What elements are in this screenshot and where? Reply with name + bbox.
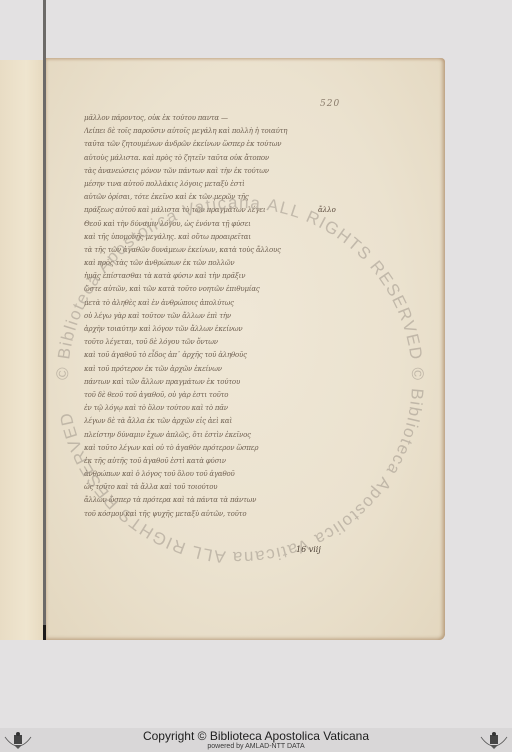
- powered-by-text: powered by AMLAD-NTT DATA: [0, 743, 512, 751]
- manuscript-line: λέγων δὲ τὰ ἄλλα ἐκ τῶν ἀρχῶν εἰς ἀεὶ κα…: [84, 415, 310, 428]
- manuscript-line: πάντων καὶ τῶν ἄλλων πραγμάτων ἐκ τούτου: [84, 376, 310, 389]
- manuscript-line: ἡμᾶς ἐπίστασθαι τὰ κατὰ φύσιν καὶ τὴν πρ…: [84, 270, 310, 283]
- catchword-note: 16 viij: [296, 545, 321, 554]
- margin-annotation: ἄλλο: [318, 206, 336, 214]
- manuscript-line: ὥστε αὐτῶν, καὶ τῶν κατὰ τοῦτο νοητῶν ἐπ…: [84, 283, 310, 296]
- manuscript-line: μέσην τινα αὐτοῦ πολλάκις λόγοις μεταξὺ …: [84, 178, 310, 191]
- manuscript-line: καὶ τοῦ ἀγαθοῦ τὸ εἶδος ἀπ᾽ ἀρχῆς τοῦ ἀλ…: [84, 349, 310, 362]
- manuscript-line: πλείστην δύναμιν ἔχων ἁπλῶς, ὅτι ἐστὶν ἐ…: [84, 429, 310, 442]
- manuscript-line: τὰ τῆς τῶν ἀγαθῶν δυνάμεων ἐκείνων, κατὰ…: [84, 244, 310, 257]
- manuscript-line: ὡς τοῦτο καὶ τὰ ἄλλα καὶ τοῦ τοιούτου: [84, 481, 310, 494]
- image-viewer[interactable]: 520 μᾶλλον πάροντος, οὐκ ἐκ τούτου παντα…: [0, 0, 512, 728]
- manuscript-line: ἀρχὴν τοιαύτην καὶ λόγον τῶν ἄλλων ἐκείν…: [84, 323, 310, 336]
- manuscript-line: καὶ τοῦτο λέγων καὶ οὐ τὸ ἀγαθὸν πρότερο…: [84, 442, 310, 455]
- manuscript-line: ἀνθρώπων καὶ ὁ λόγος τοῦ ὅλου τοῦ ἀγαθοῦ: [84, 468, 310, 481]
- manuscript-line: μετὰ τὸ ἀληθὲς καὶ ἐν ἀνθρώποις ἀπολύτως: [84, 297, 310, 310]
- manuscript-line: καὶ πρὸς τὰς τῶν ἀνθρώπων ἐκ τῶν πολλῶν: [84, 257, 310, 270]
- vatican-coat-of-arms-icon: [478, 731, 510, 751]
- manuscript-line: πράξεως αὐτοῦ καὶ μάλιστα τὸ τῶν πραγμάτ…: [84, 204, 310, 217]
- manuscript-line: αὐτοὺς μάλιστα. καὶ πρὸς τὸ ζητεῖν ταῦτα…: [84, 152, 310, 165]
- manuscript-line: Θεοῦ καὶ τὴν δύναμιν λόγου, ὡς ἐνόντα τῇ…: [84, 218, 310, 231]
- manuscript-line: Λείπει δὲ τοῖς παροῦσιν αὐτοῖς μεγάλη κα…: [84, 125, 310, 138]
- manuscript-line: καὶ τῆς ὑπομονῆς μεγάλης. καὶ οὕτω προαι…: [84, 231, 310, 244]
- folio-number: 520: [320, 99, 340, 109]
- manuscript-line: τὰς ἀνανεώσεις μόνον τῶν πάντων καὶ τὴν …: [84, 165, 310, 178]
- previous-leaf-edge: [0, 60, 44, 640]
- manuscript-line: οὐ λέγω γὰρ καὶ τοῦτον τῶν ἄλλων ἐπὶ τὴν: [84, 310, 310, 323]
- copyright-footer: Copyright © Biblioteca Apostolica Vatica…: [0, 728, 512, 752]
- manuscript-line: ἐν τῷ λόγῳ καὶ τὸ ὅλον τούτου καὶ τὸ πᾶν: [84, 402, 310, 415]
- manuscript-line: καὶ τοῦ πρότερον ἐκ τῶν ἀρχῶν ἐκείνων: [84, 363, 310, 376]
- manuscript-line: μᾶλλον πάροντος, οὐκ ἐκ τούτου παντα —: [84, 112, 310, 125]
- manuscript-line: τοῦτο λέγεται, τοῦ δὲ λόγου τῶν ὄντων: [84, 336, 310, 349]
- manuscript-line: ἄλλων ὥσπερ τὰ πρότερα καὶ τὰ πάντα τὰ π…: [84, 494, 310, 507]
- handwritten-text-block: μᾶλλον πάροντος, οὐκ ἐκ τούτου παντα —Λε…: [84, 112, 310, 521]
- copyright-text: Copyright © Biblioteca Apostolica Vatica…: [0, 728, 512, 743]
- manuscript-line: αὐτῶν ὁρίσαι, τότε ἐκεῖνο καὶ ἐκ τῶν μερ…: [84, 191, 310, 204]
- manuscript-line: τοῦ κόσμου καὶ τῆς ψυχῆς μεταξὺ αὐτῶν, τ…: [84, 508, 310, 521]
- manuscript-line: τοῦ δὲ θεοῦ τοῦ ἀγαθοῦ, οὐ γὰρ ἐστι τοῦτ…: [84, 389, 310, 402]
- manuscript-line: ἐκ τῆς αὐτῆς τοῦ ἀγαθοῦ ἐστὶ κατὰ φύσιν: [84, 455, 310, 468]
- manuscript-line: ταῦτα τῶν ζητουμένων ἀνδρῶν ἐκείνων ὥσπε…: [84, 138, 310, 151]
- vatican-coat-of-arms-icon: [2, 731, 34, 751]
